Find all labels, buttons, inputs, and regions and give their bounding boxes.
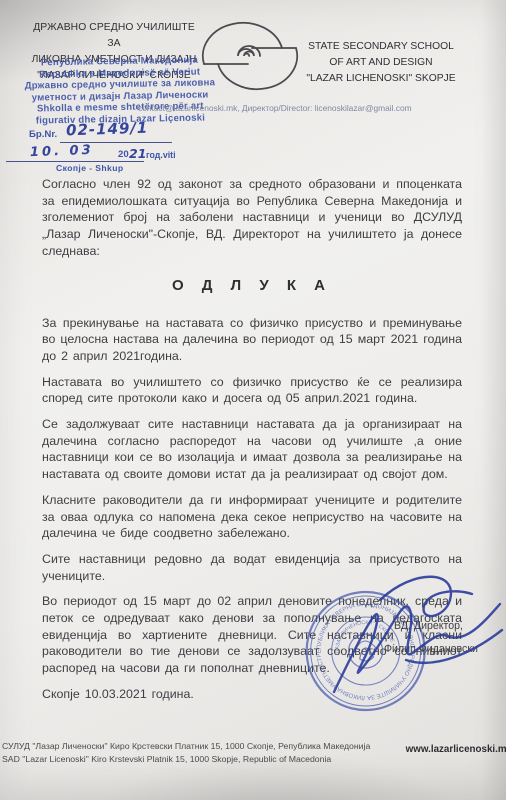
document-page: ДРЖАВНО СРЕДНО УЧИЛИШТЕ ЗА ЛИКОВНА УМЕТН… [0,0,506,800]
school-name-english: STATE SECONDARY SCHOOL OF ART AND DESIGN… [293,39,469,87]
intro-paragraph: Согласно член 92 од законот за средното … [42,176,462,260]
body-paragraph: За прекинување на наставата со физичко п… [42,315,462,365]
decision-title: О Д Л У К А [42,277,462,294]
body-paragraph: Наставата во училиштето со физичко прису… [42,374,462,407]
ref-underline [6,161,112,162]
ref-date-handwritten: 10. 03 [30,143,94,160]
ref-number-handwritten: 02-149/1 [66,119,149,140]
school-name-en-line1: STATE SECONDARY SCHOOL [293,39,469,55]
handwritten-signature [316,560,506,715]
footer-website: www.lazarlicenoski.mk [406,744,506,755]
ref-city-label: Скопје - Shkup [56,163,124,173]
footer-address-en: SAD "Lazar Licenoski" Kiro Krstevski Pla… [2,754,331,764]
ref-underline [112,161,144,162]
footer-address-mk: СУЛУД "Лазар Личеноски" Киро Крстевски П… [2,741,370,751]
school-name-mk-line1: ДРЖАВНО СРЕДНО УЧИЛИШТЕ ЗА [28,20,200,52]
blue-ink-stamp: Република Северна Македонија Republika e… [0,54,241,128]
school-name-en-line3: "LAZAR LICHENOSKI" SKOPJE [293,71,469,87]
ref-number-label: Бр.Nr. [29,129,57,140]
school-name-en-line2: OF ART AND DESIGN [293,55,469,71]
ref-year-prefix: 20 [118,149,129,160]
ref-year-label: год.viti [146,150,176,160]
ref-year-handwritten: 21 [129,146,146,161]
body-paragraph: Се задолжуваат сите наставници наставата… [42,416,462,483]
body-paragraph: Класните раководители да ги информираат … [42,492,462,542]
contact-line: contact@lazarlicenoski.mk, Директор/Dire… [138,103,506,113]
